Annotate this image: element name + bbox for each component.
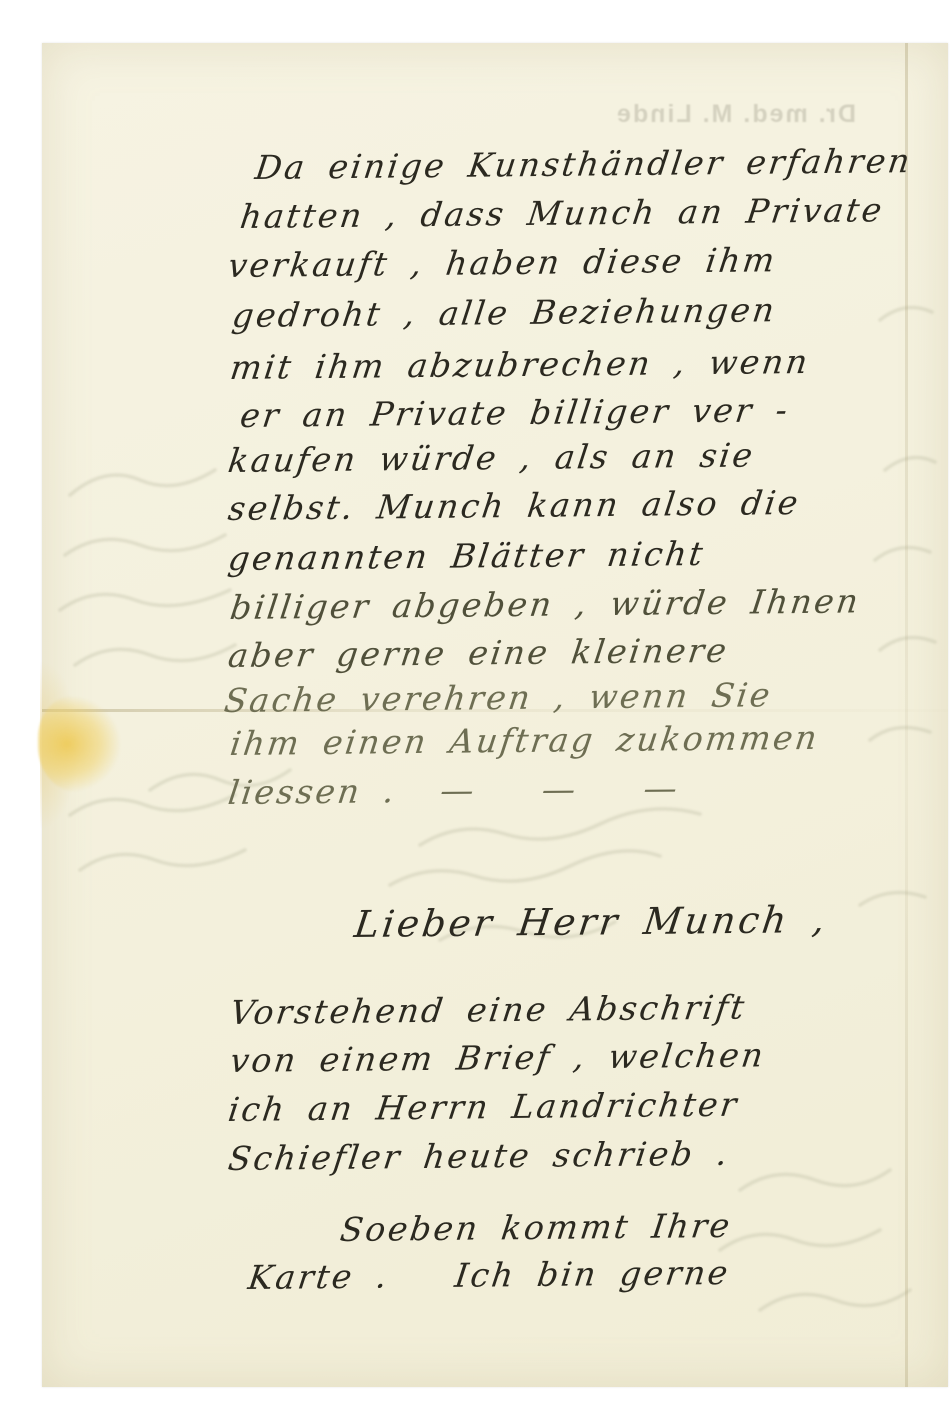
handwriting-line: Schiefler heute schrieb . bbox=[226, 1134, 732, 1178]
yellow-stain bbox=[38, 696, 120, 792]
salutation-line: Lieber Herr Munch , bbox=[352, 898, 831, 946]
handwriting-line: Karte . Ich bin gerne bbox=[246, 1253, 733, 1297]
handwriting-line: er an Private billiger ver - bbox=[238, 390, 792, 435]
handwriting-line: kaufen würde , als an sie bbox=[226, 436, 757, 480]
handwriting-line: verkauft , haben diese ihm bbox=[226, 240, 779, 285]
handwriting-line: selbst. Munch kann also die bbox=[226, 483, 803, 528]
handwriting-line: ihm einen Auftrag zukommen bbox=[228, 718, 822, 763]
vertical-fold-crease bbox=[905, 43, 908, 1387]
handwriting-line: Soeben kommt Ihre bbox=[338, 1206, 734, 1249]
handwriting-line: ich an Herrn Landrichter bbox=[226, 1085, 741, 1129]
handwriting-line: Sache verehren , wenn Sie bbox=[222, 675, 775, 720]
handwriting-line: genannten Blätter nicht bbox=[226, 534, 707, 578]
scanned-letter-page: { "document": { "kind": "handwritten let… bbox=[0, 0, 950, 1419]
handwriting-line: Vorstehend eine Abschrift bbox=[228, 988, 749, 1032]
handwriting-line: hatten , dass Munch an Private bbox=[238, 190, 886, 236]
handwriting-line: liessen . — — — bbox=[226, 768, 682, 812]
letterhead-bleedthrough-text: Dr. med. M. Linde bbox=[612, 100, 856, 134]
handwriting-line: Da einige Kunsthändler erfahren bbox=[253, 141, 914, 187]
handwriting-line: aber gerne eine kleinere bbox=[226, 631, 731, 675]
handwriting-line: von einem Brief , welchen bbox=[228, 1035, 768, 1080]
handwriting-line: mit ihm abzubrechen , wenn bbox=[228, 342, 812, 387]
handwriting-line: billiger abgeben , würde Ihnen bbox=[228, 581, 863, 627]
handwriting-line: gedroht , alle Beziehungen bbox=[230, 290, 779, 335]
